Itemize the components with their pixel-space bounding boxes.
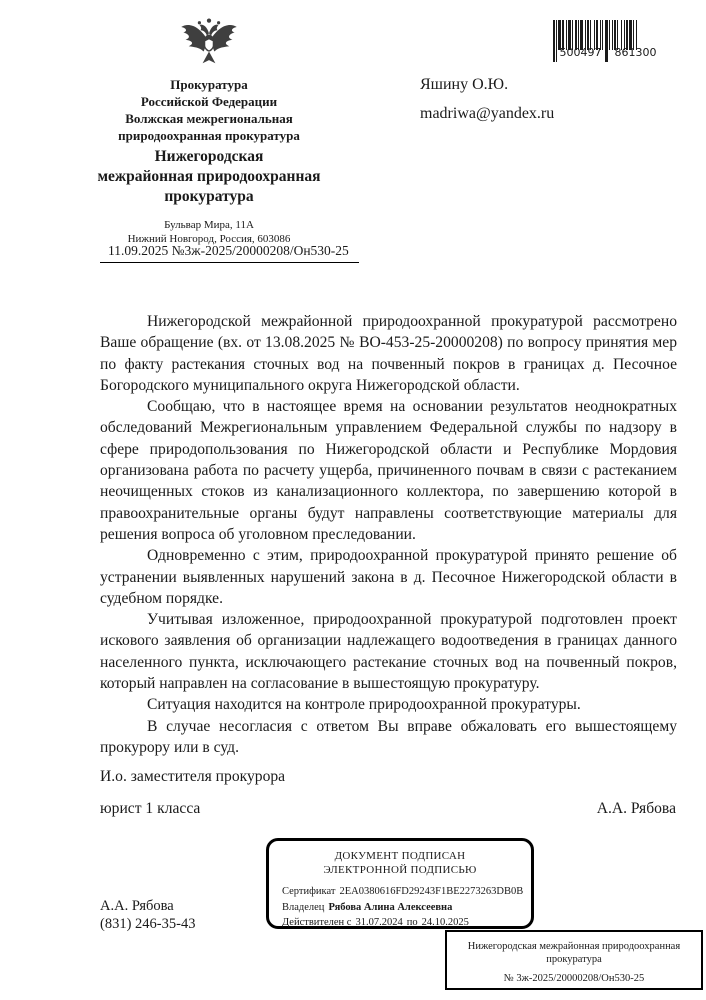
parent-org-name: Прокуратура Российской Федерации Волжска… [78,76,340,144]
paragraph: Учитывая изложенное, природоохранной про… [100,609,677,694]
owner-value: Рябова Алина Алексеевна [328,902,452,913]
recipient-name: Яшину О.Ю. [420,76,508,94]
barcode-digits: 500497 861300 [553,46,663,59]
validity-to: 24.10.2025 [422,917,469,928]
validity-line: Действителен с31.07.2024по24.10.2025 [282,915,531,931]
paragraph: Сообщаю, что в настоящее время на основа… [100,396,677,545]
outgoing-ref-line: 11.09.2025 №3ж-2025/20000208/Он530-25 [100,243,359,263]
certificate-label: Сертификат [282,886,335,897]
letterhead: Прокуратура Российской Федерации Волжска… [78,16,340,246]
stamp-title-line: ДОКУМЕНТ ПОДПИСАН [269,849,531,863]
stamp-title-line: ЭЛЕКТРОННОЙ ПОДПИСЬЮ [269,863,531,877]
esignature-stamp-title: ДОКУМЕНТ ПОДПИСАН ЭЛЕКТРОННОЙ ПОДПИСЬЮ [269,849,531,877]
barcode-digits-left: 500497 [560,46,602,59]
letter-body: Нижегородской межрайонной природоохранно… [100,311,677,758]
org-name: Нижегородская межрайонная природоохранна… [78,147,340,207]
registration-stamp-box: Нижегородская межрайонная природоохранна… [445,930,703,990]
owner-label: Владелец [282,902,324,913]
address-line: Бульвар Мира, 11А [78,218,340,232]
signer-position-line1: И.о. заместителя прокурора [100,768,285,786]
paragraph: Ситуация находится на контроле природоох… [100,694,677,715]
org-line: природоохранная прокуратура [78,127,340,144]
org-line: прокуратура [78,187,340,207]
barcode-digits-right: 861300 [615,46,657,59]
paragraph: Нижегородской межрайонной природоохранно… [100,311,677,396]
esignature-stamp-details: Сертификат2EA0380616FD29243F1BE2273263DB… [269,884,531,931]
executor-phone: (831) 246-35-43 [100,916,195,933]
org-line: Прокуратура [78,76,340,93]
org-line: Нижегородская [78,147,340,167]
certificate-line: Сертификат2EA0380616FD29243F1BE2273263DB… [282,884,531,900]
coat-of-arms-eagle-icon [177,16,241,70]
validity-label: Действителен с [282,917,351,928]
org-line: Волжская межрегиональная [78,110,340,127]
org-line: межрайонная природоохранная [78,167,340,187]
paragraph: Одновременно с этим, природоохранной про… [100,545,677,609]
org-line: Российской Федерации [78,93,340,110]
paragraph: В случае несогласия с ответом Вы вправе … [100,716,677,759]
esignature-stamp: ДОКУМЕНТ ПОДПИСАН ЭЛЕКТРОННОЙ ПОДПИСЬЮ С… [266,838,534,929]
signer-name: А.А. Рябова [597,800,676,818]
executor-name: А.А. Рябова [100,898,174,915]
certificate-value: 2EA0380616FD29243F1BE2273263DB0B [339,886,523,897]
validity-to-label: по [407,917,418,928]
registration-org: Нижегородская межрайонная природоохранна… [447,940,701,966]
org-address: Бульвар Мира, 11А Нижний Новгород, Росси… [78,218,340,246]
registration-number: № 3ж-2025/20000208/Он530-25 [447,972,701,985]
document-page: Прокуратура Российской Федерации Волжска… [0,0,706,1000]
owner-line: ВладелецРябова Алина Алексеевна [282,900,531,916]
validity-from: 31.07.2024 [355,917,402,928]
signer-position-line2: юрист 1 класса [100,800,200,818]
recipient-email: madriwa@yandex.ru [420,105,554,123]
